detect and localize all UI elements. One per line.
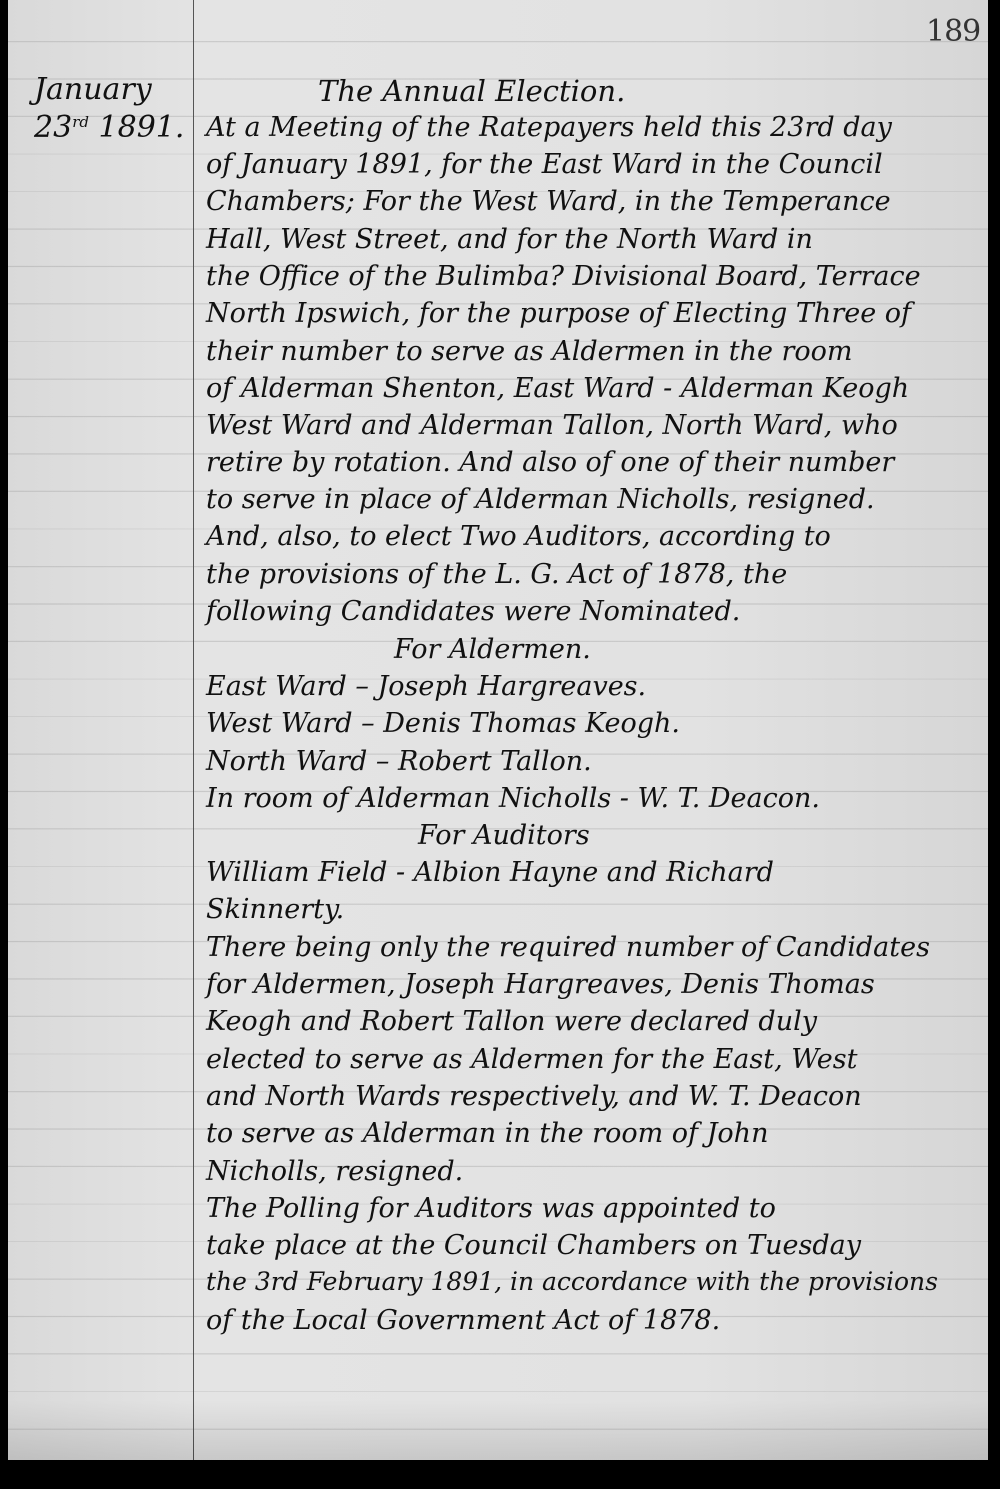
- opening-line: to serve in place of Alderman Nicholls, …: [206, 484, 875, 515]
- margin-rule: [193, 0, 194, 1460]
- declaration-line: elected to serve as Aldermen for the Eas…: [206, 1044, 858, 1075]
- in-room-nomination: In room of Alderman Nicholls - W. T. Dea…: [206, 783, 820, 814]
- declaration-line: to serve as Alderman in the room of John: [206, 1118, 768, 1149]
- candidate-name: Joseph Hargreaves.: [377, 671, 646, 702]
- auditors-line: William Field - Albion Hayne and Richard: [206, 857, 774, 888]
- ledger-page: 189 January 23rd 1891. The Annual Electi…: [8, 0, 988, 1460]
- auditors-heading: For Auditors: [418, 820, 590, 851]
- opening-line: following Candidates were Nominated.: [206, 596, 740, 627]
- polling-line: take place at the Council Chambers on Tu…: [206, 1230, 861, 1261]
- opening-line: retire by rotation. And also of one of t…: [206, 447, 894, 478]
- opening-line: Hall, West Street, and for the North War…: [206, 224, 813, 255]
- page-number: 189: [926, 14, 980, 49]
- opening-line: the provisions of the L. G. Act of 1878,…: [206, 559, 787, 590]
- page-shadow: [8, 1400, 988, 1460]
- opening-line: their number to serve as Aldermen in the…: [206, 336, 853, 367]
- margin-date-month: January: [34, 72, 152, 107]
- ward-name: East Ward: [206, 671, 347, 702]
- ward-name: West Ward: [206, 708, 353, 739]
- declaration-line: for Aldermen, Joseph Hargreaves, Denis T…: [206, 969, 875, 1000]
- entry-title: The Annual Election.: [318, 74, 625, 108]
- polling-line: The Polling for Auditors was appointed t…: [206, 1193, 776, 1224]
- alderman-nomination: East Ward – Joseph Hargreaves.: [206, 671, 646, 702]
- opening-line: Chambers; For the West Ward, in the Temp…: [206, 186, 891, 217]
- aldermen-heading: For Aldermen.: [394, 634, 591, 665]
- opening-line: West Ward and Alderman Tallon, North War…: [206, 410, 898, 441]
- opening-line: of January 1891, for the East Ward in th…: [206, 149, 883, 180]
- polling-line: of the Local Government Act of 1878.: [206, 1305, 720, 1336]
- margin-date-day-year: 23rd 1891.: [34, 110, 184, 145]
- polling-line: the 3rd February 1891, in accordance wit…: [206, 1267, 938, 1296]
- declaration-line: and North Wards respectively, and W. T. …: [206, 1081, 862, 1112]
- opening-line: At a Meeting of the Ratepayers held this…: [206, 112, 892, 143]
- margin-date-day: 23: [34, 110, 72, 145]
- opening-line: North Ipswich, for the purpose of Electi…: [206, 298, 911, 329]
- opening-line: the Office of the Bulimba? Divisional Bo…: [206, 261, 921, 292]
- declaration-line: There being only the required number of …: [206, 932, 930, 963]
- alderman-nomination: West Ward – Denis Thomas Keogh.: [206, 708, 680, 739]
- declaration-line: Nicholls, resigned.: [206, 1156, 463, 1187]
- declaration-line: Keogh and Robert Tallon were declared du…: [206, 1006, 817, 1037]
- candidate-name: Robert Tallon.: [398, 746, 592, 777]
- margin-date-suffix: rd: [72, 113, 89, 131]
- candidate-name: Denis Thomas Keogh.: [383, 708, 680, 739]
- alderman-nomination: North Ward – Robert Tallon.: [206, 746, 592, 777]
- opening-line: of Alderman Shenton, East Ward - Alderma…: [206, 373, 909, 404]
- margin-date-year: 1891.: [99, 110, 185, 145]
- opening-line: And, also, to elect Two Auditors, accord…: [206, 521, 831, 552]
- auditors-line: Skinnerty.: [206, 894, 344, 925]
- ward-name: North Ward: [206, 746, 367, 777]
